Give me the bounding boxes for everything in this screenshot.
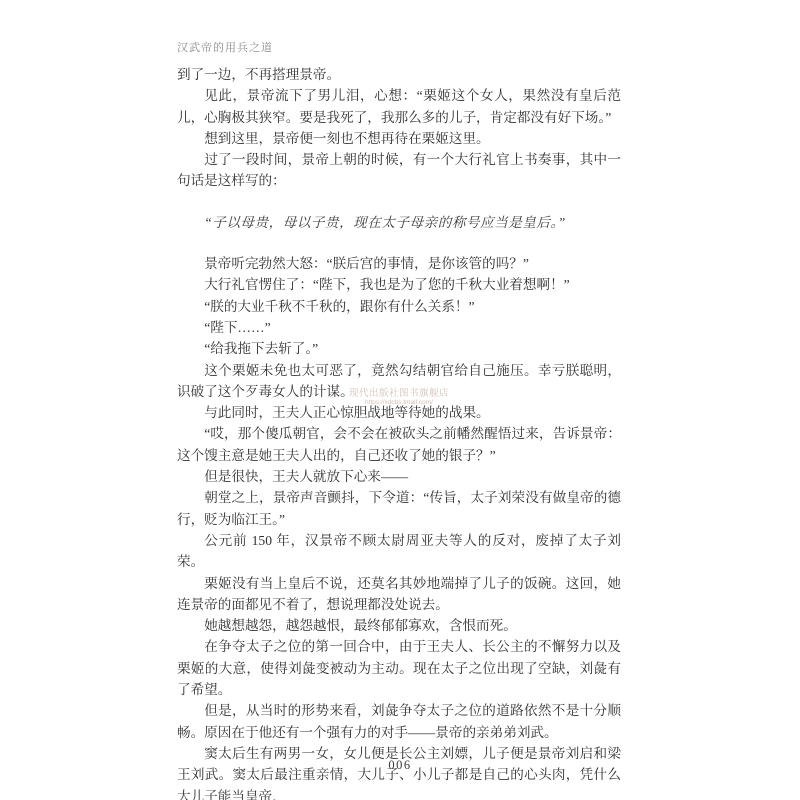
paragraph: 但是很快，王夫人就放下心来——	[177, 466, 621, 487]
book-page: 汉武帝的用兵之道 到了一边，不再搭理景帝。见此，景帝流下了男儿泪，心想：“栗姬这…	[0, 0, 800, 800]
paragraph: 栗姬没有当上皇后不说，还莫名其妙地端掉了儿子的饭碗。这回，她连景帝的面都见不着了…	[177, 573, 621, 616]
paragraph: “哎，那个傻瓜朝官，会不会在被砍头之前幡然醒悟过来，告诉景帝：这个馊主意是她王夫…	[177, 423, 621, 466]
paragraph: 在争夺太子之位的第一回合中，由于王夫人、长公主的不懈努力以及栗姬的大意，使得刘彘…	[177, 636, 621, 700]
body-text: 到了一边，不再搭理景帝。见此，景帝流下了男儿泪，心想：“栗姬这个女人，果然没有皇…	[177, 64, 621, 800]
paragraph: 她越想越怨，越怨越恨，最终郁郁寡欢，含恨而死。	[177, 615, 621, 636]
paragraph: “陛下……”	[177, 317, 621, 338]
paragraph: “给我拖下去斩了。”	[177, 338, 621, 359]
page-number: 006	[0, 758, 800, 773]
paragraph: 大行礼官愣住了：“陛下，我也是为了您的千秋大业着想啊！”	[177, 274, 621, 295]
paragraph: 公元前 150 年，汉景帝不顾太尉周亚夫等人的反对，废掉了太子刘荣。	[177, 530, 621, 573]
running-header: 汉武帝的用兵之道	[177, 39, 273, 55]
paragraph: 想到这里，景帝便一刻也不想再待在栗姬这里。	[177, 128, 621, 149]
paragraph: 见此，景帝流下了男儿泪，心想：“栗姬这个女人，果然没有皇后范儿，心胸极其狭窄。要…	[177, 85, 621, 128]
paragraph: “朕的大业千秋不千秋的，跟你有什么关系！”	[177, 296, 621, 317]
quote-paragraph: “子以母贵，母以子贵，现在太子母亲的称号应当是皇后。”	[177, 212, 621, 233]
paragraph: 与此同时，王夫人正心惊胆战地等待她的战果。	[177, 402, 621, 423]
paragraph: 到了一边，不再搭理景帝。	[177, 64, 621, 85]
paragraph: 朝堂之上，景帝声音颤抖，下令道：“传旨，太子刘荣没有做皇帝的德行，贬为临江王。”	[177, 487, 621, 530]
paragraph: 过了一段时间，景帝上朝的时候，有一个大行礼官上书奏事，其中一句话是这样写的：	[177, 149, 621, 192]
paragraph: 这个栗姬未免也太可恶了，竟然勾结朝官给自己施压。幸亏朕聪明，识破了这个歹毒女人的…	[177, 360, 621, 403]
paragraph: 但是，从当时的形势来看，刘彘争夺太子之位的道路依然不是十分顺畅。原因在于他还有一…	[177, 700, 621, 743]
paragraph: 景帝听完勃然大怒：“朕后宫的事情，是你该管的吗？”	[177, 253, 621, 274]
